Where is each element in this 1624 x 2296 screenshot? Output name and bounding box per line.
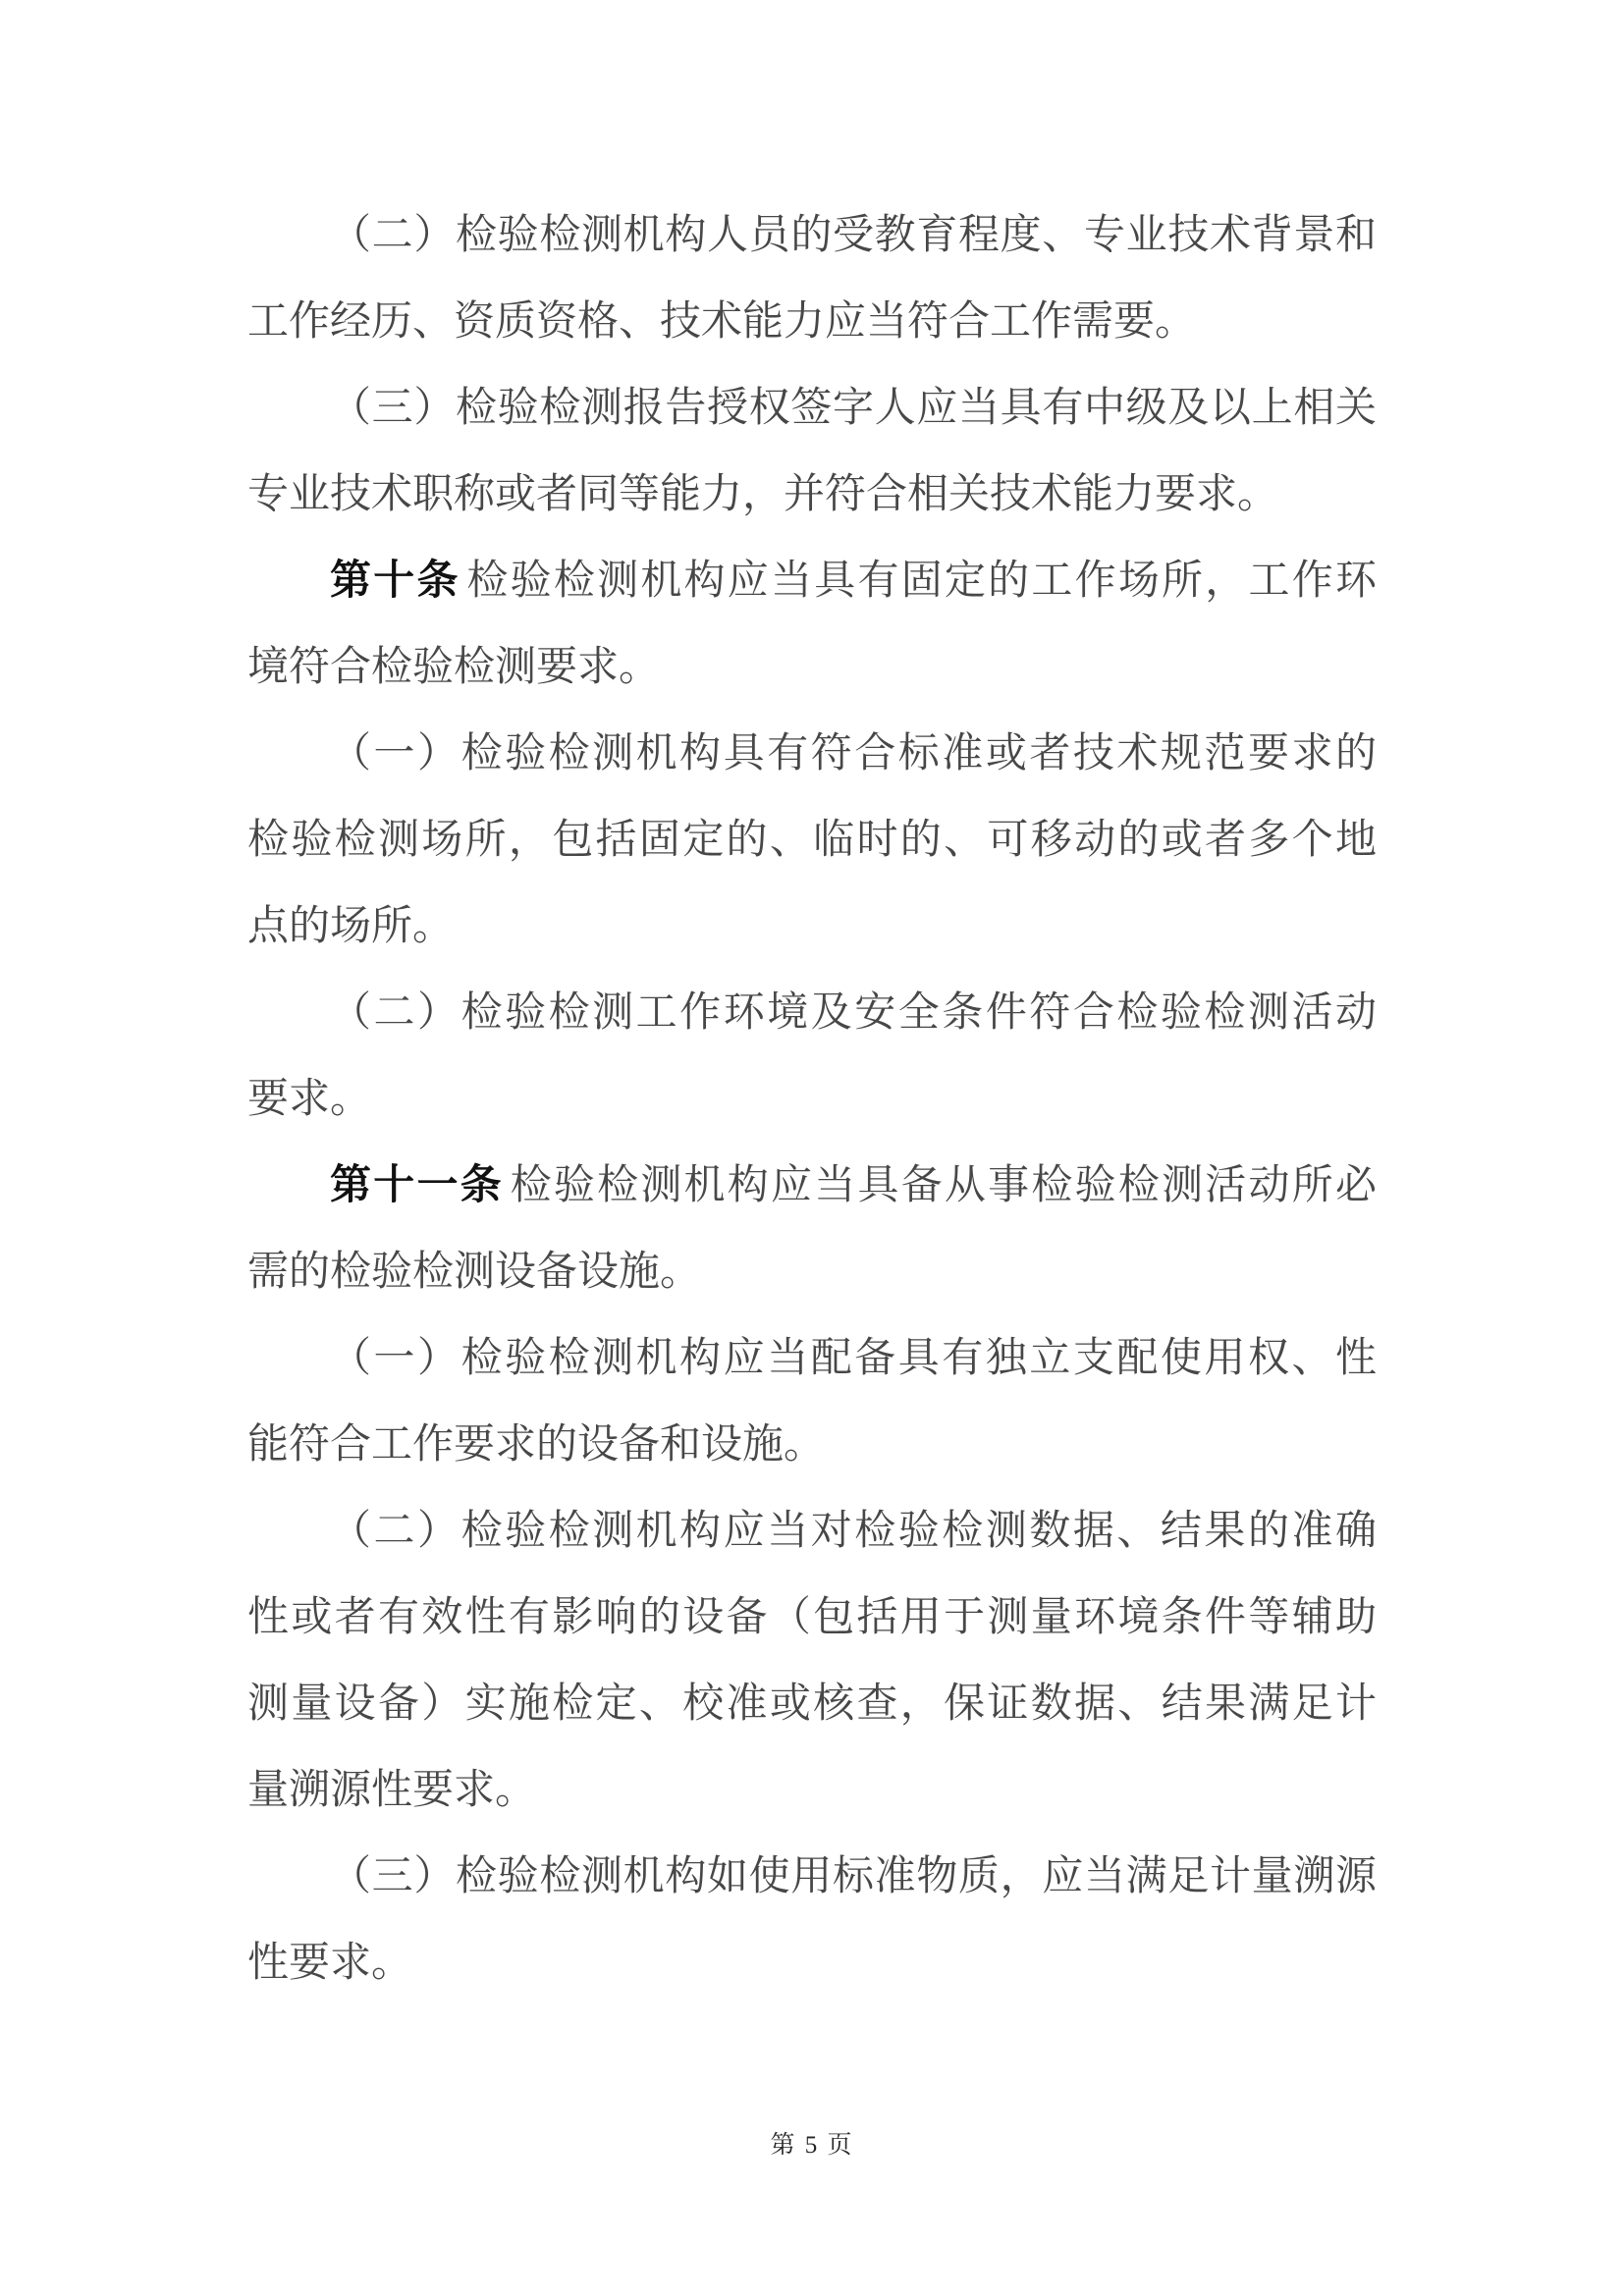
text-line: 第十一条 检验检测机构应当具备从事检验检测活动所必: [247, 1143, 1377, 1229]
paragraph: （二）检验检测机构人员的受教育程度、专业技术背景和工作经历、资质资格、技术能力应…: [247, 192, 1377, 365]
text-line: （一）检验检测机构具有符合标准或者技术规范要求的: [247, 711, 1377, 797]
text-line: 能符合工作要求的设备和设施。: [247, 1402, 1377, 1488]
text-line: 检验检测场所，包括固定的、临时的、可移动的或者多个地: [247, 797, 1377, 883]
text-line: 需的检验检测设备设施。: [247, 1229, 1377, 1315]
paragraph: （一）检验检测机构具有符合标准或者技术规范要求的检验检测场所，包括固定的、临时的…: [247, 711, 1377, 970]
text-line: （二）检验检测机构人员的受教育程度、专业技术背景和: [247, 192, 1377, 279]
text-line: 境符合检验检测要求。: [247, 624, 1377, 711]
paragraph: （三）检验检测机构如使用标准物质，应当满足计量溯源性要求。: [247, 1834, 1377, 2006]
paragraph: （二）检验检测机构应当对检验检测数据、结果的准确性或者有效性有影响的设备（包括用…: [247, 1488, 1377, 1834]
text-line: 第十条 检验检测机构应当具有固定的工作场所，工作环: [247, 538, 1377, 624]
text-line: 测量设备）实施检定、校准或核查，保证数据、结果满足计: [247, 1661, 1377, 1747]
text-line: 工作经历、资质资格、技术能力应当符合工作需要。: [247, 279, 1377, 365]
paragraph: 第十条 检验检测机构应当具有固定的工作场所，工作环境符合检验检测要求。: [247, 538, 1377, 711]
text-line: 性或者有效性有影响的设备（包括用于测量环境条件等辅助: [247, 1575, 1377, 1661]
paragraph: 第十一条 检验检测机构应当具备从事检验检测活动所必需的检验检测设备设施。: [247, 1143, 1377, 1315]
page-number-footer: 第 5 页: [0, 2128, 1624, 2163]
document-page: （二）检验检测机构人员的受教育程度、专业技术背景和工作经历、资质资格、技术能力应…: [0, 0, 1624, 2296]
text-line: 专业技术职称或者同等能力，并符合相关技术能力要求。: [247, 452, 1377, 538]
paragraph: （一）检验检测机构应当配备具有独立支配使用权、性能符合工作要求的设备和设施。: [247, 1315, 1377, 1488]
text-line: （二）检验检测工作环境及安全条件符合检验检测活动: [247, 970, 1377, 1056]
article-number: 第十一条: [330, 1163, 504, 1208]
text-line: （三）检验检测机构如使用标准物质，应当满足计量溯源: [247, 1834, 1377, 1920]
document-body-text: （二）检验检测机构人员的受教育程度、专业技术背景和工作经历、资质资格、技术能力应…: [247, 192, 1377, 2006]
text-line: （一）检验检测机构应当配备具有独立支配使用权、性: [247, 1315, 1377, 1402]
text-line: 性要求。: [247, 1920, 1377, 2006]
text-line: 要求。: [247, 1056, 1377, 1143]
paragraph: （二）检验检测工作环境及安全条件符合检验检测活动要求。: [247, 970, 1377, 1143]
text-line: （三）检验检测报告授权签字人应当具有中级及以上相关: [247, 365, 1377, 452]
article-number: 第十条: [330, 559, 460, 604]
text-line: 量溯源性要求。: [247, 1747, 1377, 1834]
paragraph: （三）检验检测报告授权签字人应当具有中级及以上相关专业技术职称或者同等能力，并符…: [247, 365, 1377, 538]
text-line: 点的场所。: [247, 883, 1377, 970]
text-line: （二）检验检测机构应当对检验检测数据、结果的准确: [247, 1488, 1377, 1575]
